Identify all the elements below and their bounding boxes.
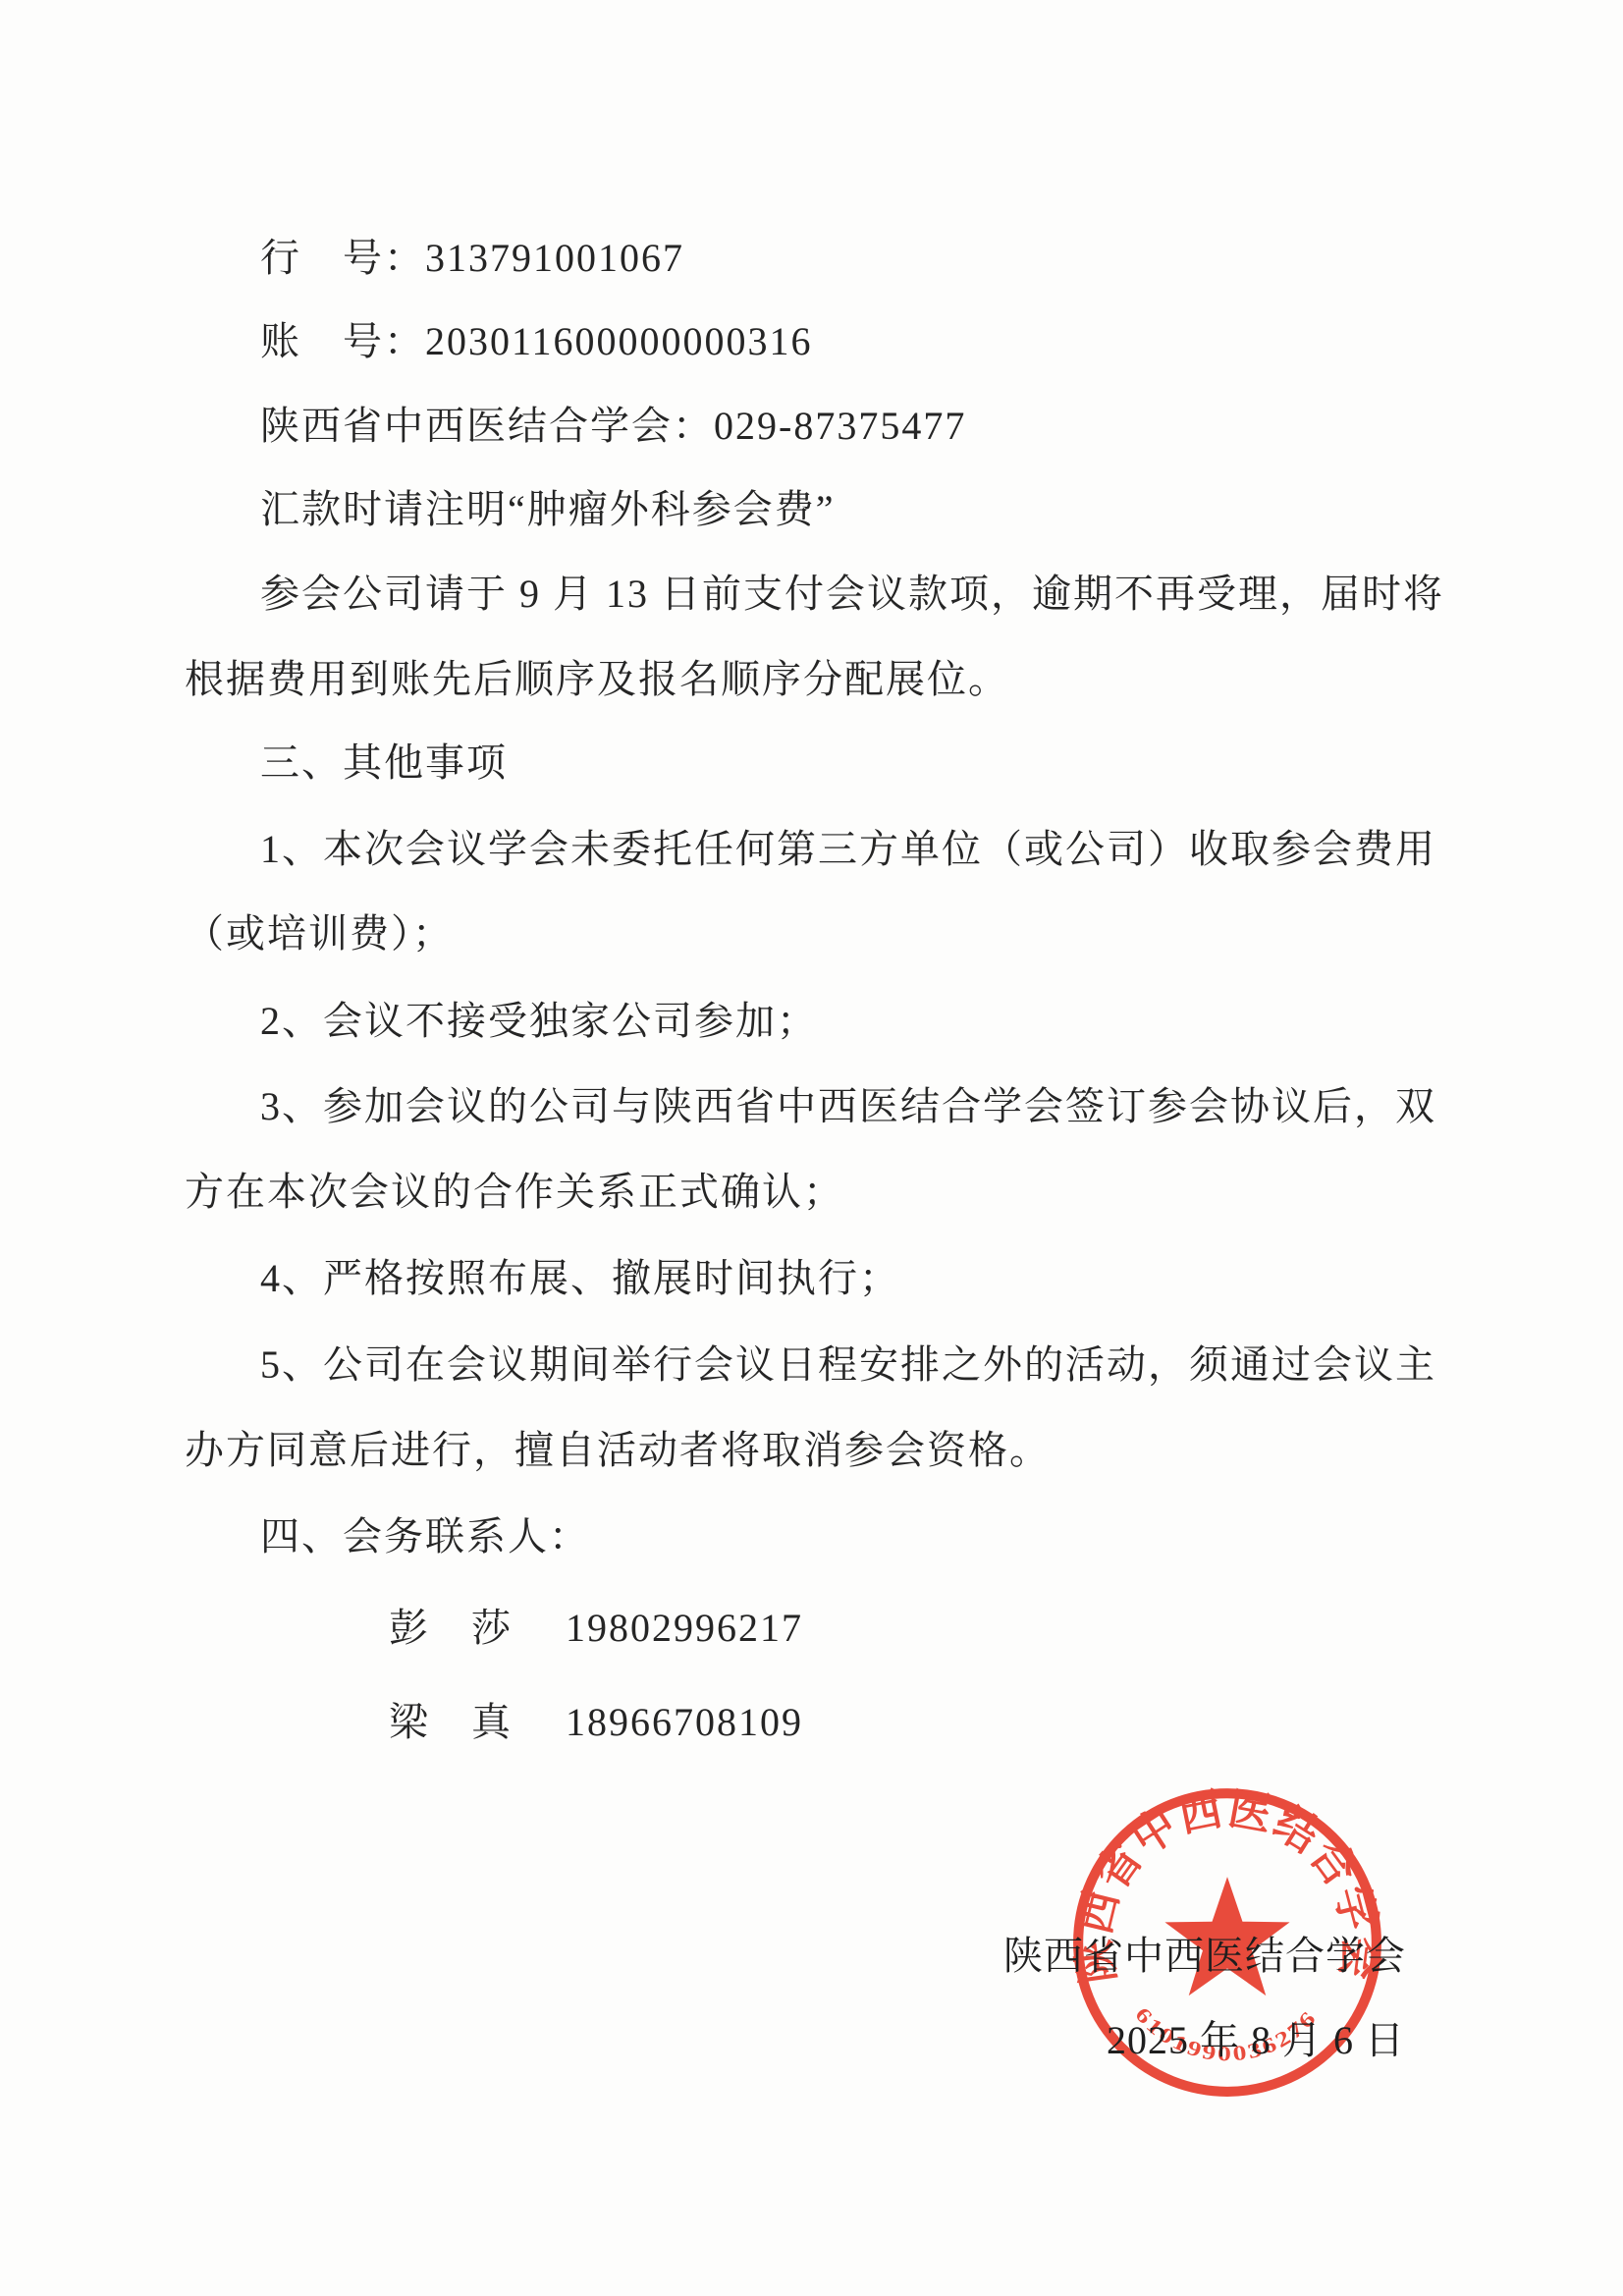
document-page: 行 号：313791001067 账 号：203011600000000316 … bbox=[0, 0, 1623, 2296]
item-5-line-2: 办方同意后进行，擅自活动者将取消参会资格。 bbox=[185, 1431, 1051, 1470]
item-3-line-2: 方在本次会议的合作关系正式确认； bbox=[185, 1173, 844, 1212]
item-2-line: 2、会议不接受独家公司参加； bbox=[260, 1002, 818, 1041]
item-3-line-1: 3、参加会议的公司与陕西省中西医结合学会签订参会协议后，双 bbox=[260, 1087, 1436, 1126]
signature-date: 2025 年 8 月 6 日 bbox=[1107, 2021, 1405, 2060]
item-4-line: 4、严格按照布展、撤展时间执行； bbox=[260, 1259, 900, 1298]
item-1-line-1: 1、本次会议学会未委托任何第三方单位（或公司）收取参会费用 bbox=[260, 830, 1436, 869]
payment-deadline-line-1: 参会公司请于 9 月 13 日前支付会议款项，逾期不再受理，届时将 bbox=[260, 574, 1444, 614]
remittance-note-line: 汇款时请注明“肿瘤外科参会费” bbox=[260, 490, 836, 529]
contact-peng-sha-line: 彭 莎 19802996217 bbox=[389, 1609, 803, 1648]
signature-organization: 陕西省中西医结合学会 bbox=[1003, 1937, 1406, 1976]
section-three-heading: 三、其他事项 bbox=[260, 743, 508, 783]
payment-deadline-line-2: 根据费用到账先后顺序及报名顺序分配展位。 bbox=[185, 660, 1009, 699]
section-four-heading: 四、会务联系人： bbox=[260, 1517, 590, 1557]
item-5-line-1: 5、公司在会议期间举行会议日程安排之外的活动，须通过会议主 bbox=[260, 1345, 1436, 1385]
bank-branch-number-line: 行 号：313791001067 bbox=[260, 239, 684, 278]
association-phone-line: 陕西省中西医结合学会：029-87375477 bbox=[260, 407, 966, 446]
bank-account-number-line: 账 号：203011600000000316 bbox=[260, 322, 813, 361]
item-1-line-2: （或培训费）； bbox=[185, 914, 454, 954]
contact-liang-zhen-line: 梁 真 18966708109 bbox=[389, 1703, 803, 1742]
